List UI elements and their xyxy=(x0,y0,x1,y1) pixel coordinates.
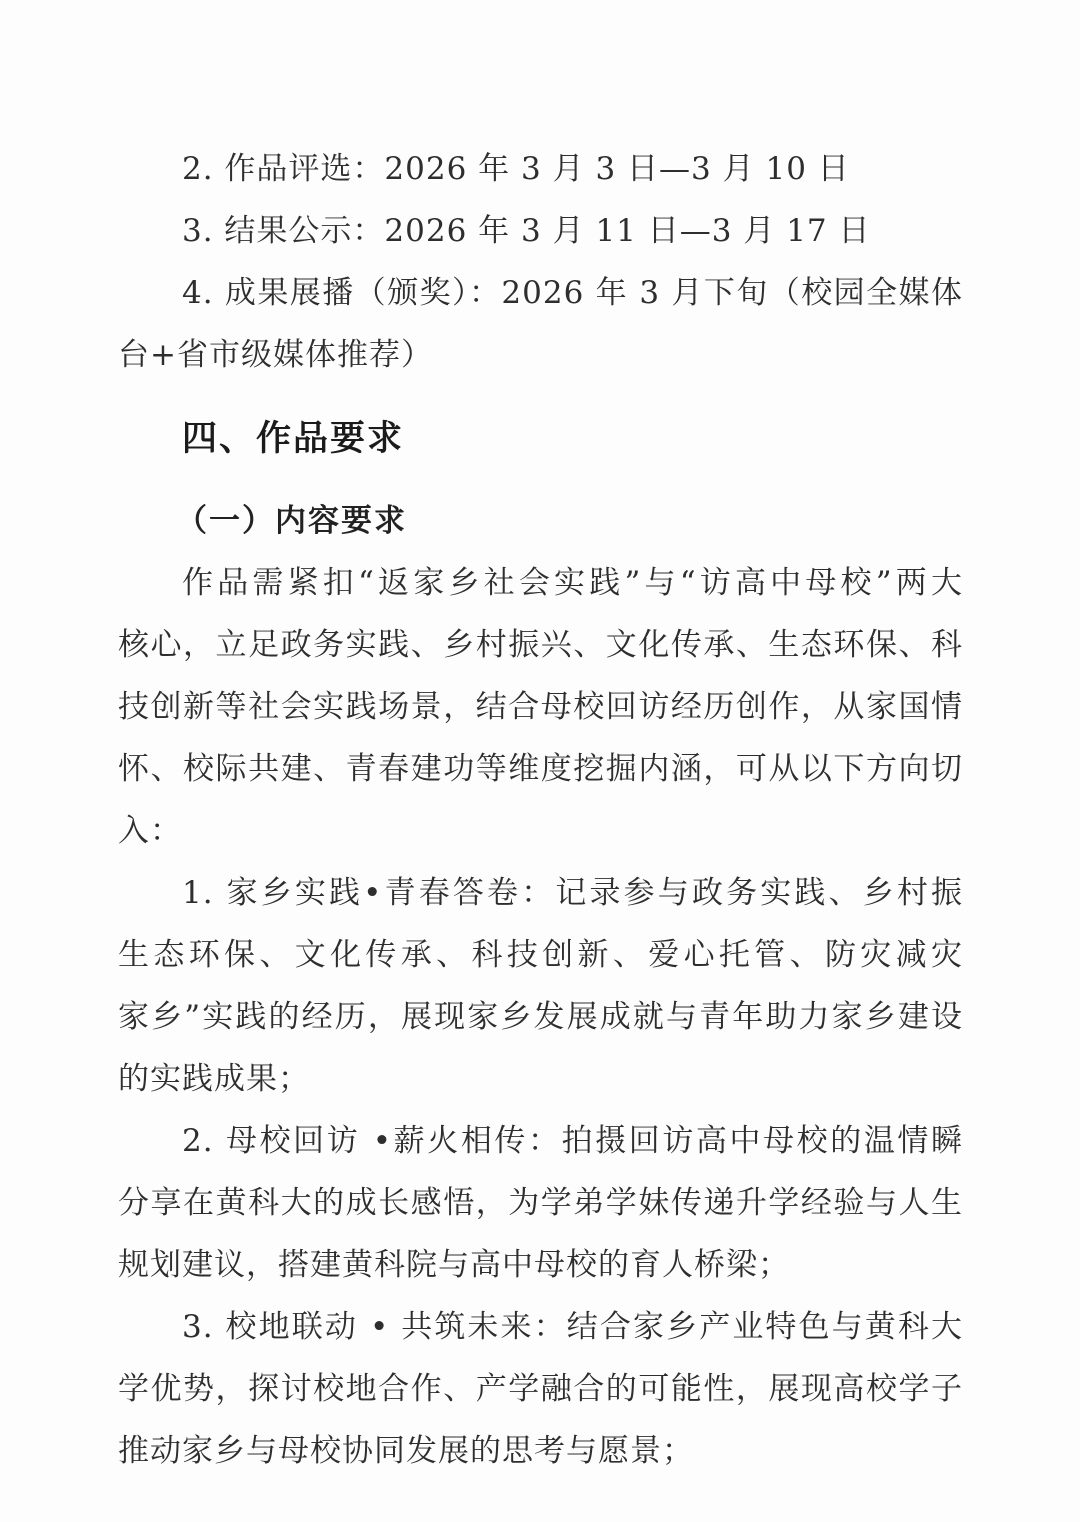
item2-line-1: 2. 母校回访 •薪火相传：拍摄回访高中母校的温情瞬间， xyxy=(118,1110,963,1172)
item1-line-4: 的实践成果； xyxy=(118,1048,963,1110)
timeline-showcase-line-1: 4. 成果展播（颁奖）：2026 年 3 月下旬（校园全媒体平 xyxy=(118,262,963,324)
document-page: 2. 作品评选：2026 年 3 月 3 日—3 月 10 日 3. 结果公示：… xyxy=(0,0,1080,1522)
timeline-announcement-line: 3. 结果公示：2026 年 3 月 11 日—3 月 17 日 xyxy=(118,200,963,262)
intro-line-5: 入： xyxy=(118,800,963,862)
intro-line-4: 怀、校际共建、青春建功等维度挖掘内涵，可从以下方向切 xyxy=(118,738,963,800)
intro-line-1: 作品需紧扣“返家乡社会实践”与“访高中母校”两大 xyxy=(118,552,963,614)
item1-line-3: 家乡”实践的经历，展现家乡发展成就与青年助力家乡建设 xyxy=(118,986,963,1048)
intro-line-3: 技创新等社会实践场景，结合母校回访经历创作，从家国情 xyxy=(118,676,963,738)
item1-line-1: 1. 家乡实践•青春答卷：记录参与政务实践、乡村振兴、 xyxy=(118,862,963,924)
timeline-showcase-line-2: 台+省市级媒体推荐） xyxy=(118,324,963,386)
subsection-heading: （一）内容要求 xyxy=(118,490,963,552)
intro-line-2: 核心，立足政务实践、乡村振兴、文化传承、生态环保、科 xyxy=(118,614,963,676)
item2-line-2: 分享在黄科大的成长感悟，为学弟学妹传递升学经验与人生 xyxy=(118,1172,963,1234)
item3-line-1: 3. 校地联动 • 共筑未来：结合家乡产业特色与黄科大办 xyxy=(118,1296,963,1358)
timeline-evaluation-line: 2. 作品评选：2026 年 3 月 3 日—3 月 10 日 xyxy=(118,138,963,200)
item2-line-3: 规划建议，搭建黄科院与高中母校的育人桥梁； xyxy=(118,1234,963,1296)
section-heading: 四、作品要求 xyxy=(118,408,963,470)
item1-line-2: 生态环保、文化传承、科技创新、爱心托管、防灾减灾等“返 xyxy=(118,924,963,986)
item3-line-3: 推动家乡与母校协同发展的思考与愿景； xyxy=(118,1420,963,1482)
item3-line-2: 学优势，探讨校地合作、产学融合的可能性，展现高校学子 xyxy=(118,1358,963,1420)
